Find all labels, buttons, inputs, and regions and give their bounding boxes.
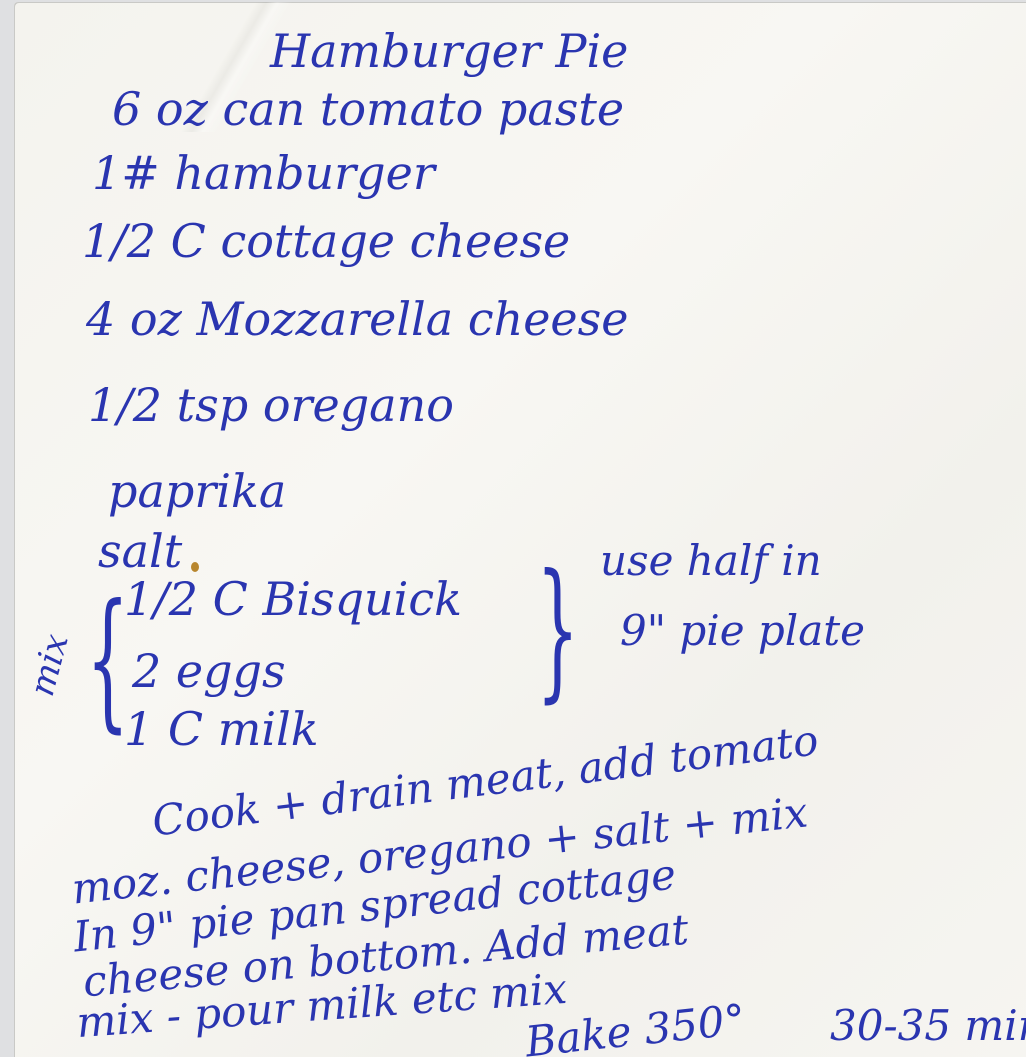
ingredient-salt: salt: [98, 528, 182, 574]
ingredient-oregano: 1/2 tsp oregano: [88, 382, 454, 428]
ingredient-hamburger: 1# hamburger: [92, 150, 435, 196]
paper-stain: [191, 562, 199, 572]
bracket-note-line2: 9" pie plate: [620, 610, 865, 652]
ingredient-tomato-paste: 6 oz can tomato paste: [112, 86, 624, 132]
bake-time: 30-35 min: [830, 1005, 1026, 1047]
ingredient-cottage-cheese: 1/2 C cottage cheese: [82, 218, 570, 264]
ingredient-bisquick: 1/2 C Bisquick: [124, 576, 462, 622]
ingredient-mozzarella: 4 oz Mozzarella cheese: [86, 296, 628, 342]
recipe-title: Hamburger Pie: [270, 28, 628, 74]
ingredient-paprika: paprika: [108, 468, 286, 514]
left-brace: {: [86, 585, 129, 735]
ingredient-milk: 1 C milk: [124, 706, 319, 752]
bracket-note-line1: use half in: [600, 540, 822, 582]
ingredient-eggs: 2 eggs: [132, 648, 286, 694]
right-brace: }: [536, 555, 579, 705]
